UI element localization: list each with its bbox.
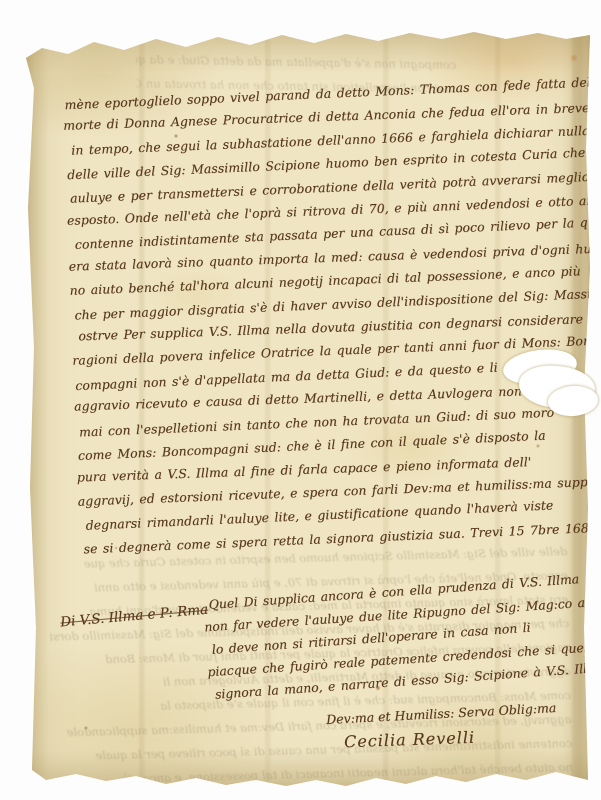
- closing-formula: Dev:ma et Humiliss: Serva Oblig:ma: [326, 700, 557, 727]
- postscript: Quel Di supplica ancora è con ella prude…: [208, 569, 575, 706]
- salutation: Di V.S. Illma e P: Rma: [60, 602, 209, 631]
- scanned-letter-background: compagni non s'è d'appellata ma da detta…: [0, 0, 601, 800]
- signature: Cecilia Revelli: [344, 728, 476, 752]
- letter-page: compagni non s'è d'appellata ma da detta…: [26, 28, 590, 788]
- letter-body: mène eportoglielo soppo vivel parand da …: [62, 72, 601, 560]
- bleed-through-line: no aiuto benché tal'hora alcuni negotij …: [43, 755, 573, 785]
- bleed-through-line: contenne indistintamente sta passata per…: [42, 731, 572, 769]
- bleed-through-line: compagni non s'è d'appellata ma da detta…: [136, 47, 456, 77]
